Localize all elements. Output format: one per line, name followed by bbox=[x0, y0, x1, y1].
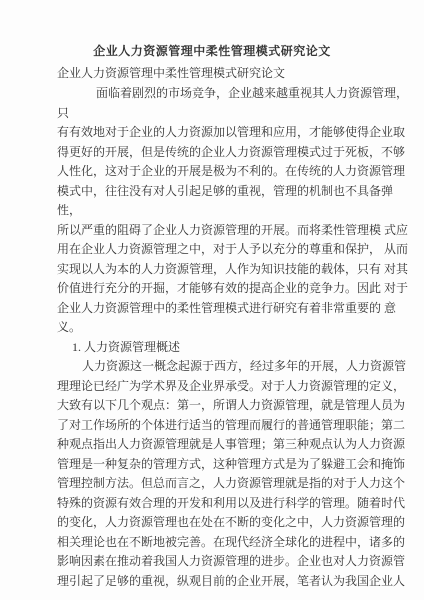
text-line: 模式中，往往没有对人引起足够的重视，管理的机制也不具备弹 性， bbox=[57, 182, 409, 221]
document-title: 企业人力资源管理中柔性管理模式研究论文 bbox=[0, 40, 424, 62]
paragraph-1: 面临着剧烈的市场竞争，企业越来越重视其人力资源管理，只 有有效地对于企业的人力资… bbox=[57, 84, 409, 338]
paragraph-2: 人力资源这一概念起源于西方，经过多年的开展，人力资源管 理理论已经广为学术界及企… bbox=[57, 357, 409, 591]
text-line: 了对工作场所的个体进行适当的管理而履行的普通管理职能；第二 bbox=[57, 416, 409, 436]
text-line: 面临着剧烈的市场竞争，企业越来越重视其人力资源管理，只 bbox=[57, 84, 409, 123]
text-line: 种观点指出人力资源管理就是人事管理；第三种观点认为人力资源 bbox=[57, 435, 409, 455]
document-body: 企业人力资源管理中柔性管理模式研究论文 面临着剧烈的市场竞争，企业越来越重视其人… bbox=[0, 62, 424, 591]
text-line: 用在企业人力资源管理之中，对于人予以充分的尊重和保护， 从而 bbox=[57, 240, 409, 260]
text-line: 得更好的开展，但是传统的企业人力资源管理模式过于死板，不够 bbox=[57, 143, 409, 163]
text-line: 所以严重的阻碍了企业人力资源管理的开展。而将柔性管理模 式应 bbox=[57, 221, 409, 241]
text-line: 管理是一种复杂的管理方式，这种管理方式是为了躲避工会和掩饰 bbox=[57, 455, 409, 475]
text-line: 人性化，这对于企业的开展是极为不利的。在传统的人力资源管理 bbox=[57, 162, 409, 182]
section-heading-1: 1. 人力资源管理概述 bbox=[57, 338, 409, 358]
document-page: 企业人力资源管理中柔性管理模式研究论文 企业人力资源管理中柔性管理模式研究论文 … bbox=[0, 0, 424, 600]
text-line: 理引起了足够的重视，纵观目前的企业开展，笔者认为我国企业人 bbox=[57, 572, 409, 592]
text-line: 人力资源这一概念起源于西方，经过多年的开展，人力资源管 bbox=[57, 357, 409, 377]
document-subtitle: 企业人力资源管理中柔性管理模式研究论文 bbox=[57, 62, 409, 84]
text-line: 价值进行充分的开掘，才能够有效的提高企业的竞争力。因此 对于 bbox=[57, 279, 409, 299]
text-line: 有有效地对于企业的人力资源加以管理和应用，才能够使得企业取 bbox=[57, 123, 409, 143]
text-line: 相关理论也在不断地被完善。在现代经济全球化的进程中，诸多的 bbox=[57, 533, 409, 553]
text-line: 影响因素在推动着我国人力资源管理的进步。企业也对人力资源管 bbox=[57, 552, 409, 572]
text-line: 企业人力资源管理中的柔性管理模式进行研究有着非常重要的 意义。 bbox=[57, 299, 409, 338]
text-line: 理理论已经广为学术界及企业界承受。对于人力资源管理的定义， bbox=[57, 377, 409, 397]
section-heading-line: 1. 人力资源管理概述 bbox=[57, 338, 409, 358]
text-line: 特殊的资源有效合理的开发和利用以及进行科学的管理。随着时代 bbox=[57, 494, 409, 514]
text-line: 实现以人为本的人力资源管理，人作为知识技能的载体，只有 对其 bbox=[57, 260, 409, 280]
text-line: 的变化，人力资源管理也在处在不断的变化之中，人力资源管理的 bbox=[57, 513, 409, 533]
text-line: 大致有以下几个观点：第一，所谓人力资源管理，就是管理人员为 bbox=[57, 396, 409, 416]
text-line: 管理控制方法。但总而言之，人力资源管理就是指的对于人力这个 bbox=[57, 474, 409, 494]
